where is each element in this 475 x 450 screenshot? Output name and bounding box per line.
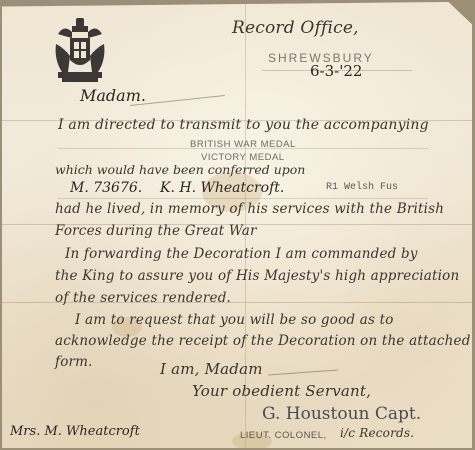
letter-date: 6-3-'22 [310,62,362,80]
blank-rule [58,198,428,199]
soldier-number: M. 73676. [70,180,142,196]
regiment-stamp: R1 Welsh Fus [326,182,398,193]
body-line-7: of the services rendered. [55,290,231,306]
body-line-10: form. [55,354,93,370]
body-line-6: the King to assure you of His Majesty's … [55,268,459,284]
royal-crest-icon [50,16,110,88]
body-line-8: I am to request that you will be so good… [75,312,394,328]
body-line-4: Forces during the Great War [55,223,257,239]
closing-line-2: Your obedient Servant, [192,382,371,400]
rank-stamp: LIEUT. COLONEL, [240,430,327,441]
medal-stamp-british-war: BRITISH WAR MEDAL [190,139,296,150]
salutation: Madam. [80,86,146,105]
body-line-9: acknowledge the receipt of the Decoratio… [55,333,471,349]
soldier-name: K. H. Wheatcroft. [160,180,284,196]
body-line-1: I am directed to transmit to you the acc… [58,117,429,133]
body-line-2: which would have been conferred upon [55,162,305,177]
record-office-heading: Record Office, [232,18,359,38]
closing-line-1: I am, Madam [160,360,263,378]
body-line-5: In forwarding the Decoration I am comman… [65,246,418,262]
for-records: i/c Records. [340,426,414,440]
signature: G. Houstoun Capt. [262,404,421,424]
addressee: Mrs. M. Wheatcroft [10,424,140,439]
body-line-3: had he lived, in memory of his services … [55,201,444,217]
